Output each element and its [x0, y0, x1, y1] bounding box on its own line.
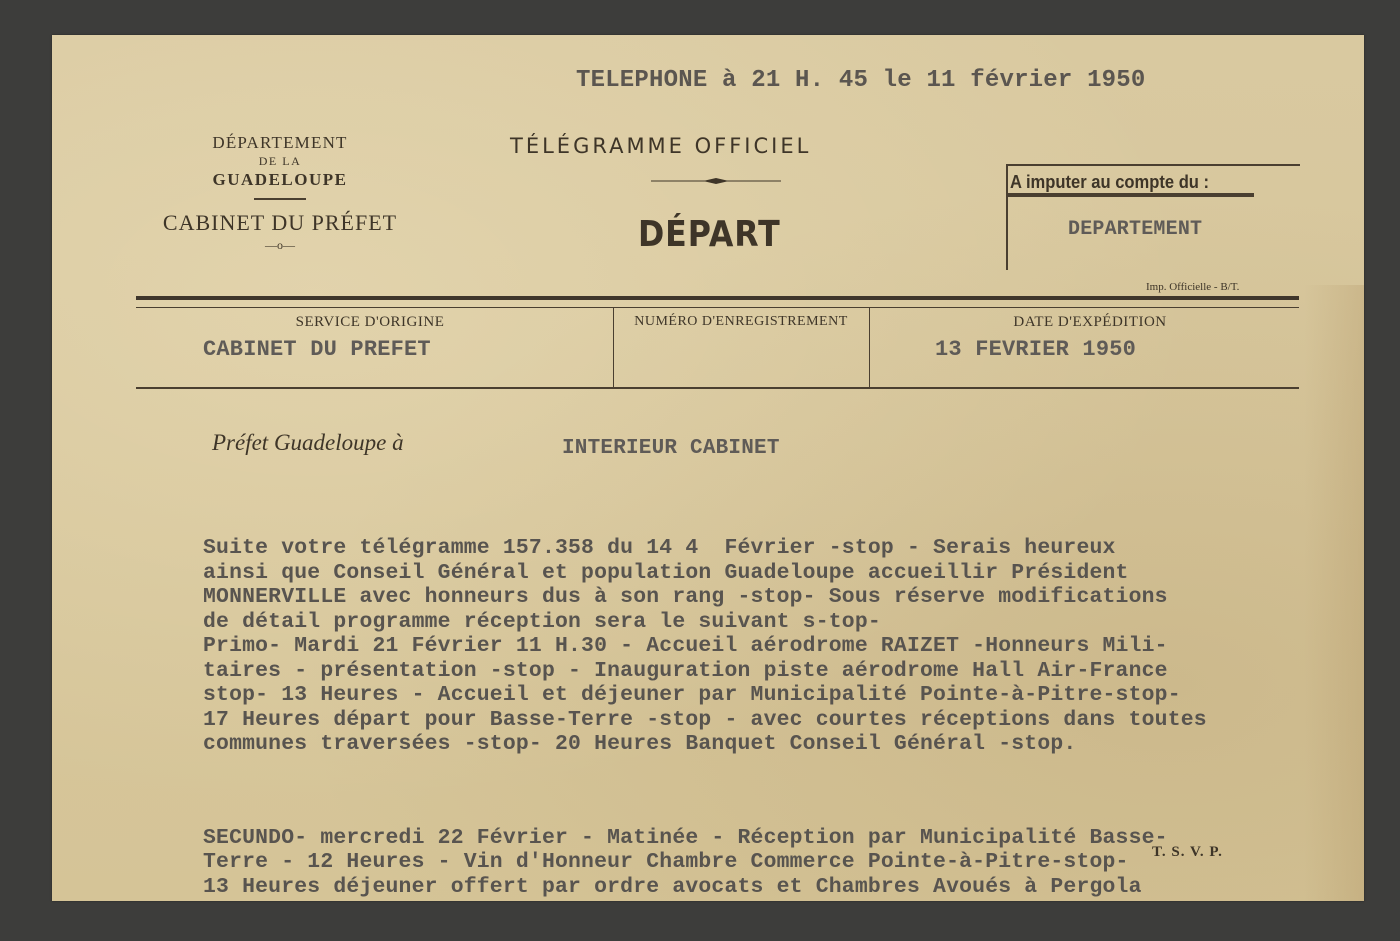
service-origine-label: SERVICE D'ORIGINE: [200, 314, 540, 331]
document-subtitle: DÉPART: [638, 214, 781, 255]
date-expedition-label: DATE D'EXPÉDITION: [950, 314, 1230, 331]
ornament-divider-icon: [651, 178, 781, 184]
header-rule-thick: [136, 296, 1299, 300]
header-rule-thin: [136, 307, 1299, 308]
department-line: DÉPARTEMENT: [150, 133, 410, 153]
field-divider: [869, 307, 870, 387]
de-la-line: DE LA: [150, 154, 410, 169]
department-header: DÉPARTEMENT DE LA GUADELOUPE CABINET DU …: [150, 133, 410, 253]
header-divider: [254, 198, 306, 200]
impute-value: DEPARTEMENT: [1068, 218, 1202, 241]
impute-underline: [1008, 193, 1254, 197]
ornament-small: —o—: [150, 238, 410, 253]
body-paragraph: Suite votre télégramme 157.358 du 14 4 F…: [203, 536, 1363, 757]
body-paragraph: SECUNDO- mercredi 22 Février - Matinée -…: [203, 826, 1363, 900]
printer-mark: Imp. Officielle - B/T.: [1146, 281, 1239, 293]
field-divider: [613, 307, 614, 387]
document-title: TÉLÉGRAMME OFFICIEL: [510, 134, 811, 158]
addressee-value: INTERIEUR CABINET: [562, 437, 780, 460]
fields-rule-bottom: [136, 387, 1299, 389]
addressee-label: Préfet Guadeloupe à: [212, 430, 404, 456]
numero-enregistrement-label: NUMÉRO D'ENREGISTREMENT: [617, 314, 865, 330]
service-origine-value: CABINET DU PREFET: [203, 337, 431, 362]
cabinet-prefet-line: CABINET DU PRÉFET: [150, 210, 410, 236]
telephone-note: TELEPHONE à 21 H. 45 le 11 février 1950: [576, 67, 1146, 94]
impute-label: A imputer au compte du :: [1010, 172, 1209, 193]
date-expedition-value: 13 FEVRIER 1950: [935, 337, 1136, 362]
telegram-body: Suite votre télégramme 157.358 du 14 4 F…: [203, 487, 1363, 941]
tsvp-footer: T. S. V. P.: [1152, 844, 1223, 861]
guadeloupe-line: GUADELOUPE: [150, 170, 410, 190]
